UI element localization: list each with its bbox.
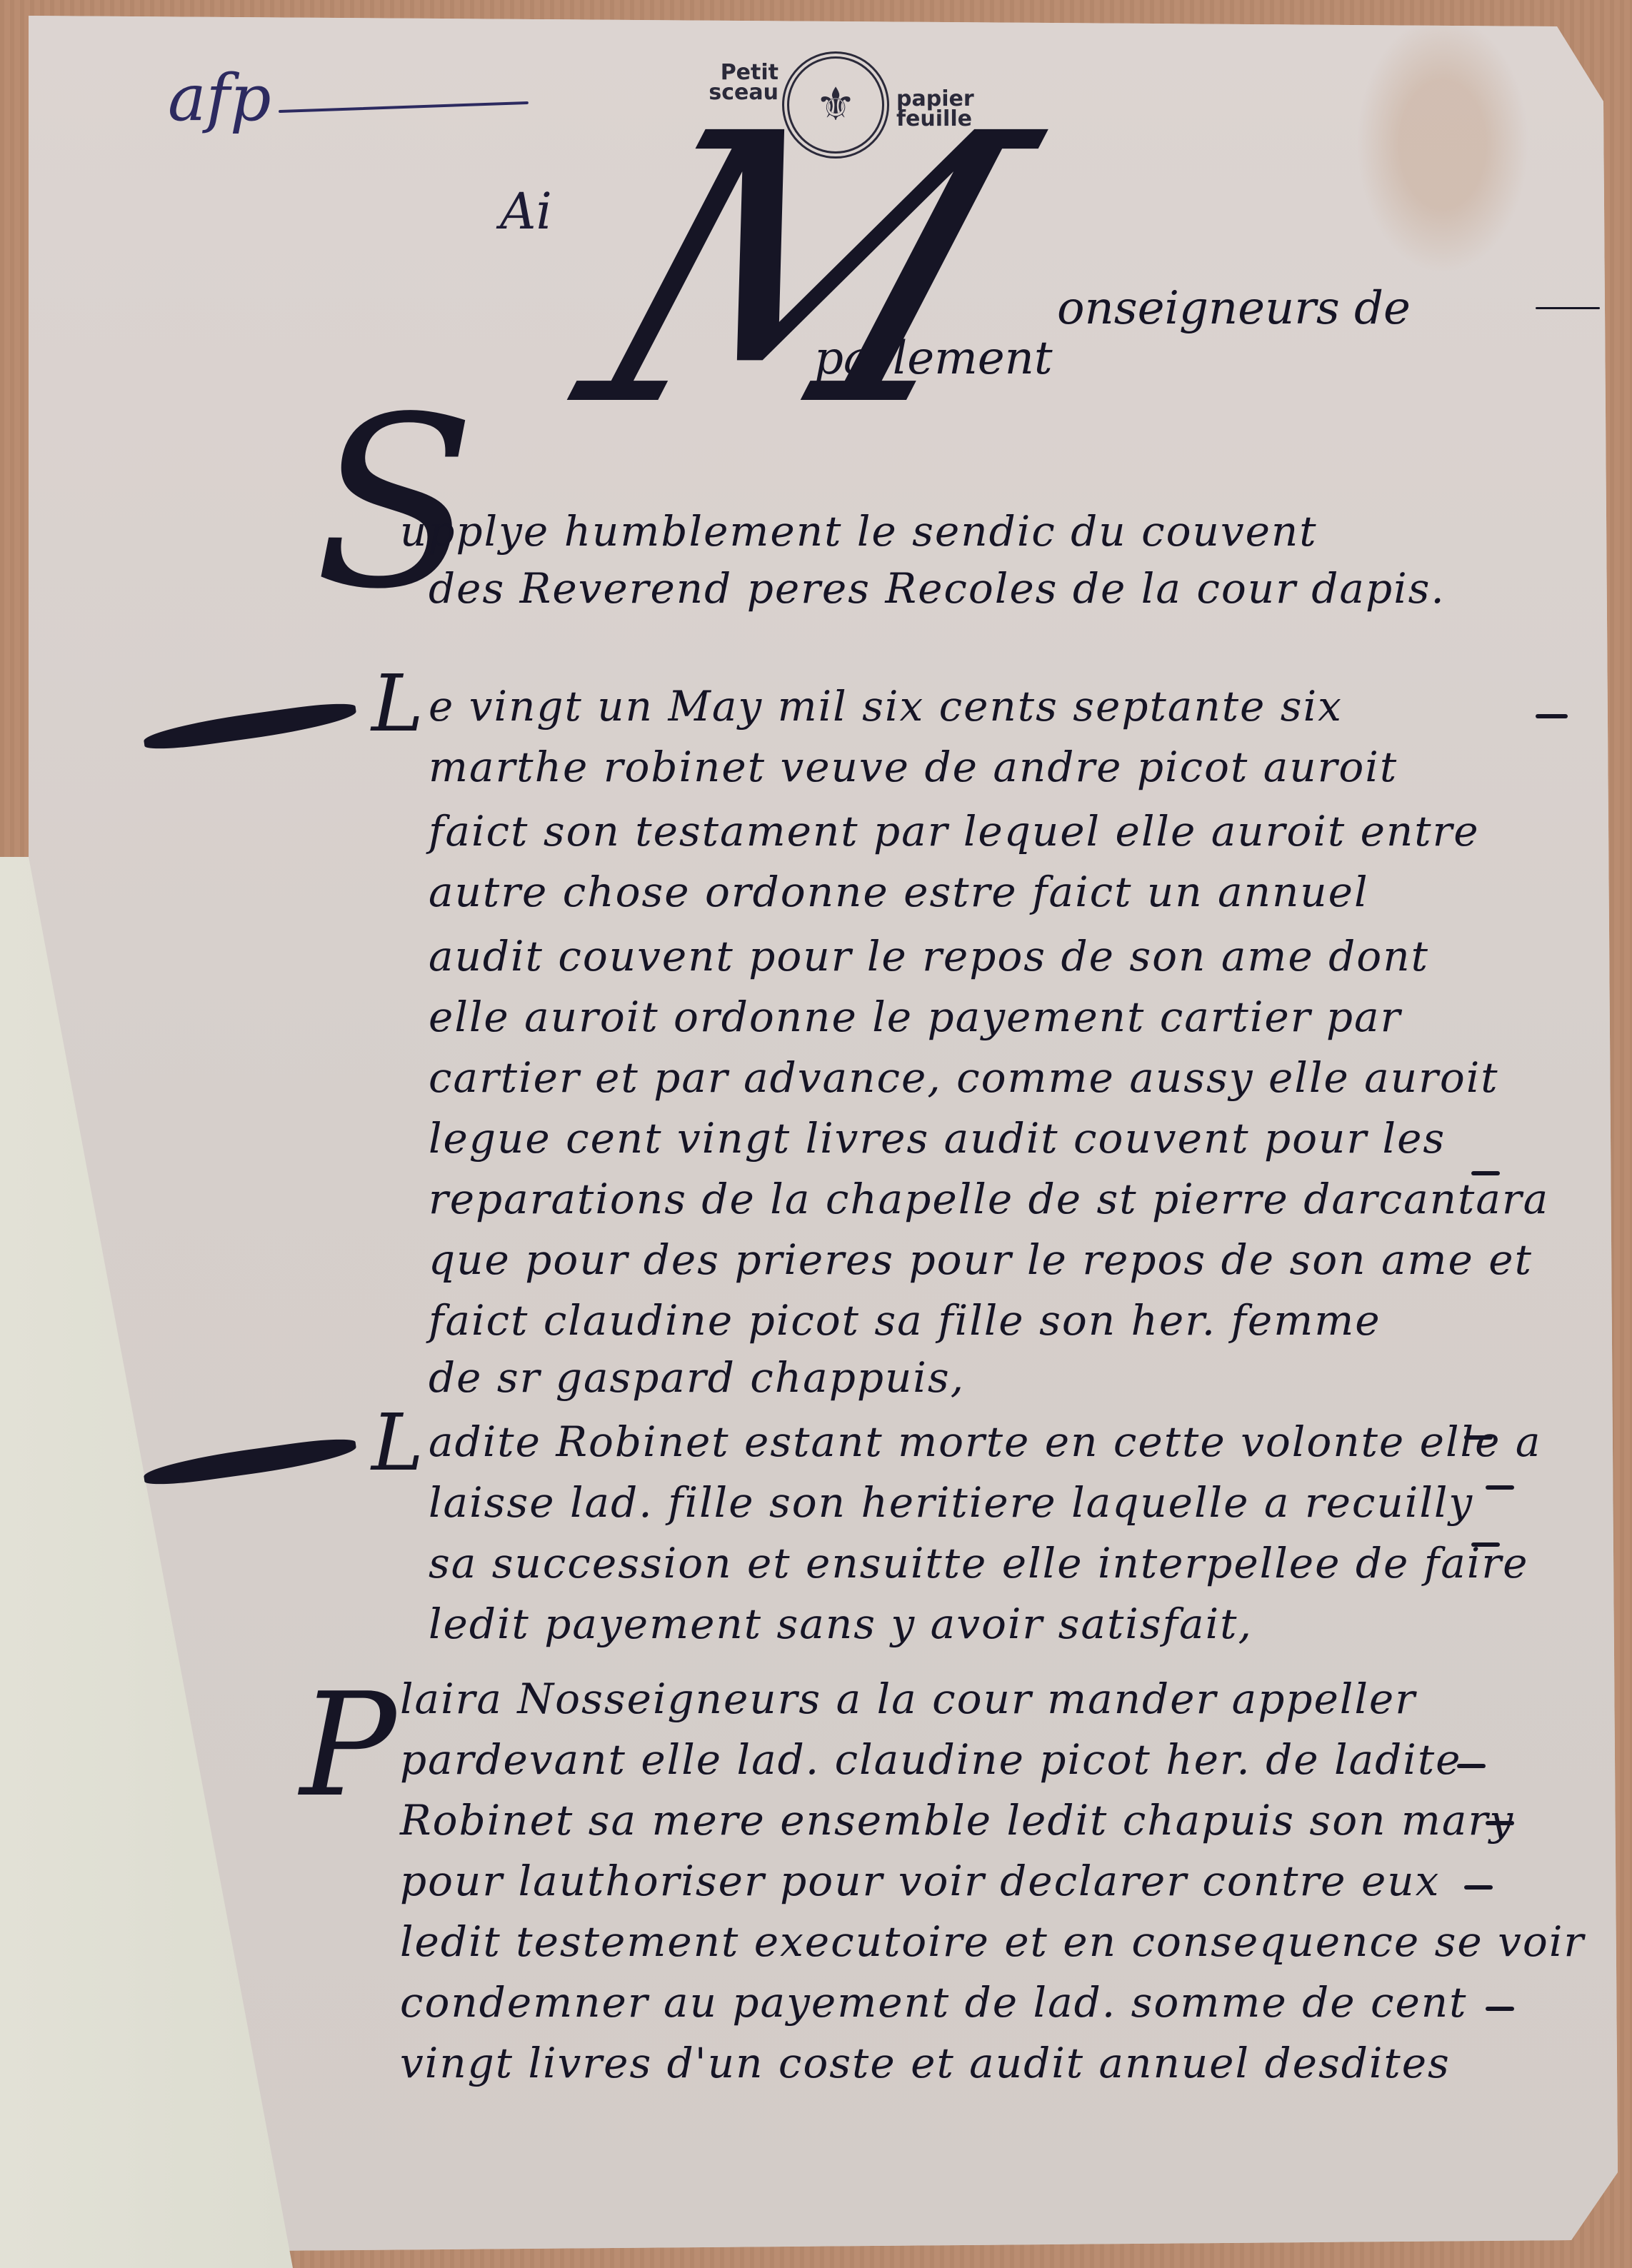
line-filler: [1457, 1764, 1486, 1768]
text-line: cartier et par advance, comme aussy elle…: [429, 1053, 1499, 1102]
text-line: e vingt un May mil six cents septante si…: [429, 682, 1343, 731]
line-filler: [1486, 2007, 1514, 2011]
text-line: sa succession et ensuitte elle interpell…: [429, 1539, 1528, 1587]
paragraph-1-initial: L: [371, 664, 424, 743]
text-line: autre chose ordonne estre faict un annue…: [429, 868, 1369, 916]
text-line: faict son testament par lequel elle auro…: [429, 807, 1480, 855]
text-line: laisse lad. fille son heritiere laquelle…: [429, 1478, 1473, 1527]
line-filler: [1471, 1171, 1500, 1175]
line-filler: [1536, 714, 1568, 718]
line-filler: [1486, 1485, 1514, 1490]
text-line: Robinet sa mere ensemble ledit chapuis s…: [400, 1796, 1514, 1845]
text-line: audit couvent pour le repos de son ame d…: [429, 932, 1429, 980]
text-line: de sr gaspard chappuis,: [429, 1353, 965, 1402]
line-filler: [1471, 1542, 1500, 1547]
tax-stamp: Petit sceau ⚜ papier feuille: [693, 50, 993, 171]
text-line: adite Robinet estant morte en cette volo…: [429, 1417, 1541, 1466]
marginal-note: afp: [168, 61, 271, 136]
line-filler: [1536, 307, 1600, 309]
text-line: marthe robinet veuve de andre picot auro…: [429, 743, 1398, 791]
intro-line-2: des Reverend peres Recoles de la cour da…: [429, 564, 1446, 613]
text-line: ledit payement sans y avoir satisfait,: [429, 1600, 1253, 1648]
text-line: vingt livres d'un coste et audit annuel …: [400, 2039, 1451, 2087]
text-line: laira Nosseigneurs a la cour mander appe…: [400, 1675, 1416, 1723]
text-line: ledit testement executoire et en consequ…: [400, 1917, 1585, 1966]
stamp-left-label: Petit sceau: [693, 63, 779, 103]
text-line: elle auroit ordonne le payement cartier …: [429, 993, 1401, 1041]
line-filler: [1464, 1435, 1493, 1440]
text-line: que pour des prieres pour le repos de so…: [429, 1235, 1533, 1284]
paragraph-2-initial: L: [371, 1403, 424, 1482]
line-filler: [1464, 1885, 1493, 1890]
text-line: pour lauthoriser pour voir declarer cont…: [400, 1857, 1440, 1905]
text-line: legue cent vingt livres audit couvent po…: [429, 1114, 1446, 1163]
intro-line-1: upplye humblement le sendic du couvent: [400, 507, 1318, 556]
stamp-right-label: papier feuille: [896, 89, 993, 129]
heading-line-1: onseigneurs de: [1057, 282, 1411, 335]
text-line: condemner au payement de lad. somme de c…: [400, 1978, 1467, 2027]
fleur-de-lis-icon: ⚜: [782, 51, 889, 159]
line-filler: [1486, 1821, 1514, 1825]
salutation-prefix: Ai: [500, 182, 552, 241]
text-line: faict claudine picot sa fille son her. f…: [429, 1296, 1381, 1345]
text-line: reparations de la chapelle de st pierre …: [429, 1175, 1549, 1223]
paragraph-3-initial: P: [300, 1675, 396, 1817]
text-line: pardevant elle lad. claudine picot her. …: [400, 1735, 1461, 1784]
